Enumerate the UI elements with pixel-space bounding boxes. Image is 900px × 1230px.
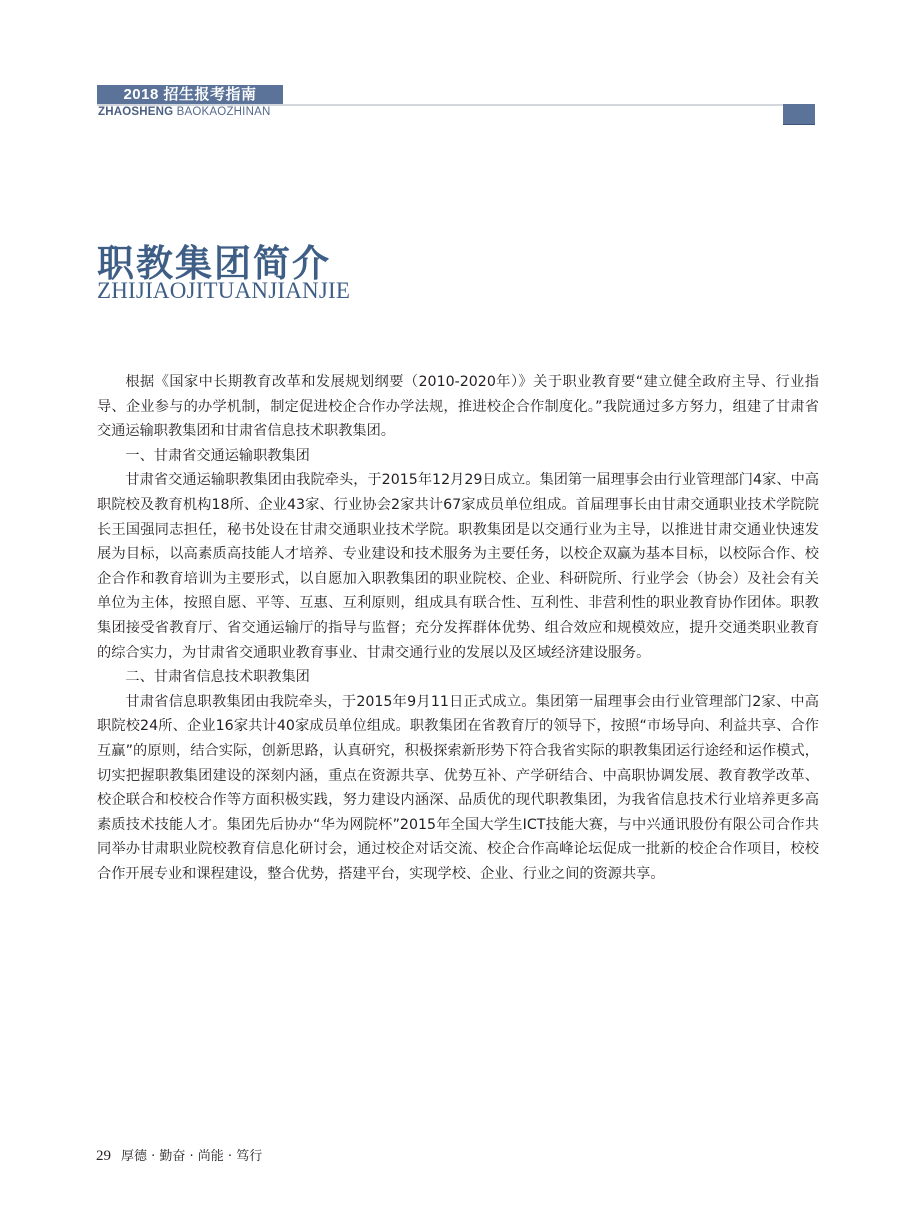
page-footer: 29厚德 · 勤奋 · 尚能 · 笃行: [96, 1145, 262, 1165]
header-pinyin-subtitle: ZHAOSHENG BAOKAOZHINAN: [98, 106, 270, 118]
section-heading-transport: 一、甘肃省交通运输职教集团: [97, 444, 819, 469]
header-pinyin-bold: ZHAOSHENG: [98, 106, 173, 118]
footer-motto: 厚德 · 勤奋 · 尚能 · 笃行: [121, 1149, 262, 1164]
header-accent-block: [783, 104, 815, 125]
page-number: 29: [96, 1148, 111, 1164]
article-body: 根据《国家中长期教育改革和发展规划纲要（2010-2020年）》关于职业教育要“…: [97, 370, 819, 886]
page-title-pinyin: ZHIJIAOJITUANJIANJIE: [97, 278, 350, 304]
it-group-paragraph: 甘肃省信息职教集团由我院牵头，于2015年9月11日正式成立。集团第一届理事会由…: [97, 690, 819, 887]
transport-group-paragraph: 甘肃省交通运输职教集团由我院牵头，于2015年12月29日成立。集团第一届理事会…: [97, 468, 819, 665]
header-section-label: 2018 招生报考指南: [97, 85, 283, 104]
intro-paragraph: 根据《国家中长期教育改革和发展规划纲要（2010-2020年）》关于职业教育要“…: [97, 370, 819, 444]
section-heading-it: 二、甘肃省信息技术职教集团: [97, 665, 819, 690]
header-pinyin-rest: BAOKAOZHINAN: [173, 106, 270, 118]
